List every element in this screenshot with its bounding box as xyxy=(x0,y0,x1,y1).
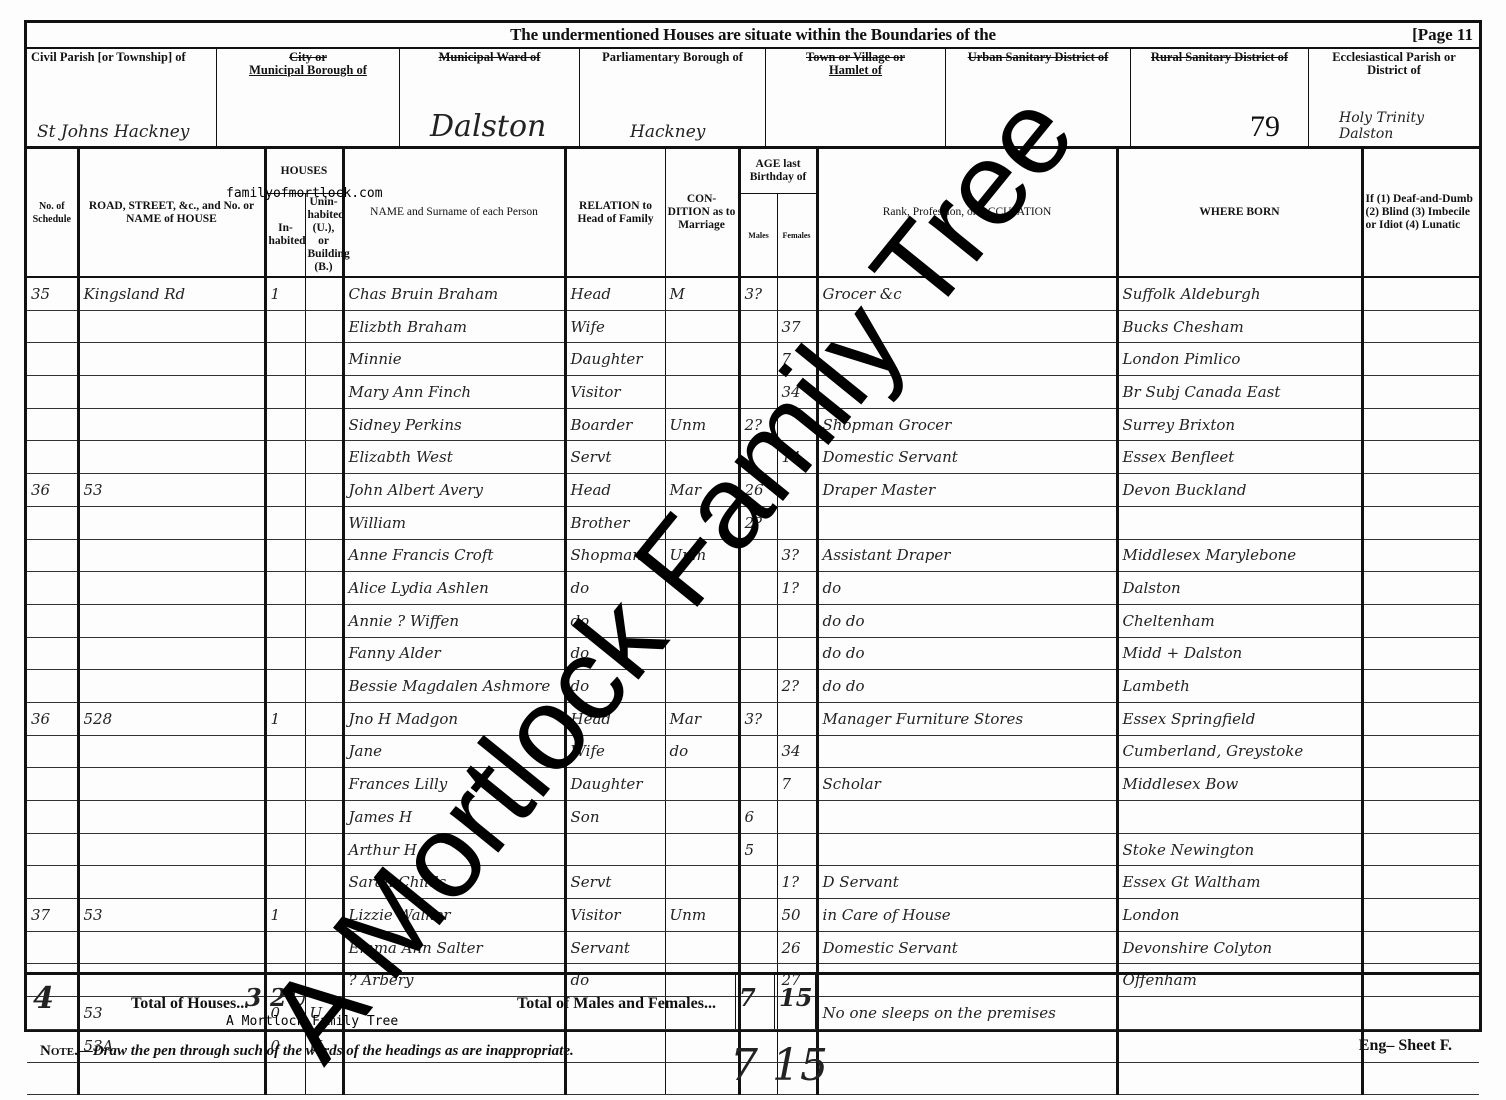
cell-name: Chas Bruin Braham xyxy=(343,277,565,310)
cell-uninhabited xyxy=(305,539,343,572)
cell-infirmity xyxy=(1362,277,1479,310)
boundary-label: Municipal Ward of xyxy=(404,51,575,64)
cell-name: John Albert Avery xyxy=(343,474,565,507)
cell-schedule: 35 xyxy=(27,277,78,310)
cell-female: 14 xyxy=(777,441,817,474)
boundary-label: Rural Sanitary District of xyxy=(1135,51,1304,64)
cell-occupation xyxy=(817,1062,1117,1095)
cell-male xyxy=(739,343,777,376)
table-row: Alice Lydia Ashlendo1?doDalston xyxy=(27,572,1479,605)
cell-uninhabited xyxy=(305,899,343,932)
boundary-rural-sanitary: Rural Sanitary District of 79 xyxy=(1131,48,1309,146)
cell-female xyxy=(777,702,817,735)
cell-infirmity xyxy=(1362,833,1479,866)
cell-condition: Mar xyxy=(665,474,739,507)
cell-uninhabited xyxy=(305,1062,343,1095)
cell-born: Midd + Dalston xyxy=(1117,637,1362,670)
col-relation: RELATION to Head of Family xyxy=(565,149,665,277)
cell-schedule xyxy=(27,735,78,768)
cell-born: Essex Benfleet xyxy=(1117,441,1362,474)
col-name: NAME and Surname of each Person xyxy=(343,149,565,277)
total-males: 7 xyxy=(739,983,756,1012)
cell-name: Minnie xyxy=(343,343,565,376)
cell-schedule: 37 xyxy=(27,899,78,932)
cell-occupation: do xyxy=(817,572,1117,605)
cell-infirmity xyxy=(1362,899,1479,932)
cell-condition: do xyxy=(665,735,739,768)
cell-uninhabited xyxy=(305,637,343,670)
cell-road xyxy=(78,670,265,703)
cell-infirmity xyxy=(1362,310,1479,343)
cell-condition xyxy=(665,866,739,899)
cell-occupation xyxy=(817,310,1117,343)
cell-road xyxy=(78,572,265,605)
cell-inhabited xyxy=(265,474,305,507)
cell-name: Lizzie Walker xyxy=(343,899,565,932)
cell-male: 26 xyxy=(739,474,777,507)
table-row: 37531Lizzie WalkerVisitorUnm50in Care of… xyxy=(27,899,1479,932)
divider xyxy=(774,975,775,1029)
boundary-label: Civil Parish [or Township] of xyxy=(31,51,212,64)
cell-condition: M xyxy=(665,277,739,310)
cell-male xyxy=(739,899,777,932)
boundary-municipal-ward: Municipal Ward of Dalston xyxy=(400,48,580,146)
cell-infirmity xyxy=(1362,441,1479,474)
cell-uninhabited xyxy=(305,572,343,605)
cell-infirmity xyxy=(1362,768,1479,801)
cell-uninhabited xyxy=(305,506,343,539)
cell-born xyxy=(1117,1029,1362,1062)
cell-road xyxy=(78,1062,265,1095)
cell-road xyxy=(78,866,265,899)
page-title: The undermentioned Houses are situate wi… xyxy=(27,25,1479,45)
table-row: Emma Ann SalterServant26Domestic Servant… xyxy=(27,931,1479,964)
cell-relation: Boarder xyxy=(565,408,665,441)
cell-born: Bucks Chesham xyxy=(1117,310,1362,343)
cell-condition xyxy=(665,931,739,964)
cell-female: 37 xyxy=(777,310,817,343)
cell-uninhabited xyxy=(305,768,343,801)
cell-infirmity xyxy=(1362,604,1479,637)
cell-relation: Son xyxy=(565,801,665,834)
table-row: 3653John Albert AveryHeadMar26Draper Mas… xyxy=(27,474,1479,507)
table-row: Anne Francis CroftShopmanUnm3?Assistant … xyxy=(27,539,1479,572)
cell-male: 5 xyxy=(739,833,777,866)
table-row: Elizbth BrahamWife37Bucks Chesham xyxy=(27,310,1479,343)
cell-relation: Brother xyxy=(565,506,665,539)
cell-uninhabited xyxy=(305,343,343,376)
cell-female: 3? xyxy=(777,539,817,572)
cell-condition xyxy=(665,343,739,376)
cell-uninhabited xyxy=(305,441,343,474)
cell-name: Anne Francis Croft xyxy=(343,539,565,572)
boundary-value: Hackney xyxy=(630,122,705,142)
cell-male: 6 xyxy=(739,801,777,834)
cell-road xyxy=(78,833,265,866)
cell-name: Sarah Childs xyxy=(343,866,565,899)
table-row: Arthur H5Stoke Newington xyxy=(27,833,1479,866)
col-road: ROAD, STREET, &c., and No. or NAME of HO… xyxy=(78,149,265,277)
cell-name: James H xyxy=(343,801,565,834)
table-row: Fanny Alderdodo doMidd + Dalston xyxy=(27,637,1479,670)
col-uninhabited: Unin-habited (U.), or Building (B.) xyxy=(305,194,343,278)
cell-infirmity xyxy=(1362,1062,1479,1095)
cell-schedule: 36 xyxy=(27,474,78,507)
cell-uninhabited xyxy=(305,408,343,441)
cell-born: Essex Gt Waltham xyxy=(1117,866,1362,899)
cell-condition xyxy=(665,376,739,409)
table-row: Mary Ann FinchVisitor34Br Subj Canada Ea… xyxy=(27,376,1479,409)
cell-female: 7 xyxy=(777,343,817,376)
cell-relation: Servt xyxy=(565,441,665,474)
cell-relation: do xyxy=(565,637,665,670)
cell-occupation xyxy=(817,735,1117,768)
boundary-value: Dalston xyxy=(430,109,546,144)
col-where-born: WHERE BORN xyxy=(1117,149,1362,277)
cell-condition: Unm xyxy=(665,539,739,572)
cell-occupation xyxy=(817,343,1117,376)
cell-female xyxy=(777,833,817,866)
cell-female: 50 xyxy=(777,899,817,932)
cell-condition xyxy=(665,833,739,866)
cell-inhabited xyxy=(265,310,305,343)
cell-uninhabited xyxy=(305,277,343,310)
cell-occupation xyxy=(817,506,1117,539)
census-form: The undermentioned Houses are situate wi… xyxy=(24,20,1482,1032)
cell-born: Devonshire Colyton xyxy=(1117,931,1362,964)
total-females: 15 xyxy=(779,983,812,1012)
cell-relation: Wife xyxy=(565,310,665,343)
cell-inhabited xyxy=(265,768,305,801)
cell-female xyxy=(777,408,817,441)
cell-inhabited xyxy=(265,408,305,441)
cell-name: Elizabth West xyxy=(343,441,565,474)
cell-name: William xyxy=(343,506,565,539)
cell-condition xyxy=(665,1062,739,1095)
cell-occupation: D Servant xyxy=(817,866,1117,899)
cell-relation: Head xyxy=(565,277,665,310)
cell-road: 53 xyxy=(78,899,265,932)
cell-inhabited: 1 xyxy=(265,899,305,932)
total-houses-label: Total of Houses... xyxy=(131,995,248,1013)
cell-born: London Pimlico xyxy=(1117,343,1362,376)
cell-condition: Unm xyxy=(665,899,739,932)
cell-male: 2? xyxy=(739,408,777,441)
cell-inhabited xyxy=(265,376,305,409)
cell-relation: Visitor xyxy=(565,899,665,932)
cell-occupation: do do xyxy=(817,670,1117,703)
cell-name: Bessie Magdalen Ashmore xyxy=(343,670,565,703)
cell-female xyxy=(777,474,817,507)
page-number: [Page 11 xyxy=(1412,25,1473,45)
cell-name: Jno H Madgon xyxy=(343,702,565,735)
cell-schedule xyxy=(27,376,78,409)
cell-relation: Servt xyxy=(565,866,665,899)
cell-born: Cheltenham xyxy=(1117,604,1362,637)
cell-inhabited xyxy=(265,866,305,899)
cell-schedule xyxy=(27,866,78,899)
cell-female: 2? xyxy=(777,670,817,703)
table-row: Sidney PerkinsBoarderUnm2?Shopman Grocer… xyxy=(27,408,1479,441)
cell-condition xyxy=(665,604,739,637)
cell-female xyxy=(777,277,817,310)
cell-male xyxy=(739,670,777,703)
sheet-label: Eng– Sheet F. xyxy=(1359,1037,1452,1055)
cell-inhabited xyxy=(265,1062,305,1095)
cell-born: Middlesex Bow xyxy=(1117,768,1362,801)
cell-road xyxy=(78,539,265,572)
cell-male xyxy=(739,310,777,343)
cell-condition xyxy=(665,310,739,343)
table-row: James HSon6 xyxy=(27,801,1479,834)
cell-uninhabited xyxy=(305,866,343,899)
cell-female: 26 xyxy=(777,931,817,964)
boundary-ecclesiastical-parish: Ecclesiastical Parish or District of Hol… xyxy=(1309,48,1479,146)
cell-infirmity xyxy=(1362,474,1479,507)
cell-female: 7 xyxy=(777,768,817,801)
cell-schedule xyxy=(27,539,78,572)
cell-relation: do xyxy=(565,604,665,637)
cell-occupation xyxy=(817,376,1117,409)
boundary-municipal-borough: City or Municipal Borough of xyxy=(217,48,400,146)
folio-number: 7 15 xyxy=(730,1040,828,1091)
cell-born: Lambeth xyxy=(1117,670,1362,703)
col-infirmity: If (1) Deaf-and-Dumb (2) Blind (3) Imbec… xyxy=(1362,149,1479,277)
cell-inhabited xyxy=(265,670,305,703)
cell-name xyxy=(343,1062,565,1095)
cell-male xyxy=(739,572,777,605)
col-inhabited: In-habited xyxy=(265,194,305,278)
cell-relation: Daughter xyxy=(565,768,665,801)
cell-inhabited xyxy=(265,343,305,376)
cell-schedule xyxy=(27,833,78,866)
cell-inhabited xyxy=(265,833,305,866)
cell-condition: Mar xyxy=(665,702,739,735)
cell-schedule xyxy=(27,343,78,376)
cell-male xyxy=(739,735,777,768)
cell-condition xyxy=(665,441,739,474)
table-row: WilliamBrother2? xyxy=(27,506,1479,539)
cell-relation: Wife xyxy=(565,735,665,768)
cell-road xyxy=(78,931,265,964)
cell-uninhabited xyxy=(305,310,343,343)
boundary-label: Urban Sanitary District of xyxy=(950,51,1126,64)
cell-male xyxy=(739,604,777,637)
boundary-hamlet: Town or Village or Hamlet of xyxy=(766,48,946,146)
table-row: 365281Jno H MadgonHeadMar3?Manager Furni… xyxy=(27,702,1479,735)
cell-schedule xyxy=(27,441,78,474)
cell-born: London xyxy=(1117,899,1362,932)
boundary-label: Parliamentary Borough of xyxy=(584,51,761,64)
cell-inhabited: 1 xyxy=(265,702,305,735)
boundary-civil-parish: Civil Parish [or Township] of St Johns H… xyxy=(27,48,217,146)
cell-name: Frances Lilly xyxy=(343,768,565,801)
cell-relation: Shopman xyxy=(565,539,665,572)
cell-condition xyxy=(665,1029,739,1062)
cell-uninhabited xyxy=(305,376,343,409)
cell-born: Surrey Brixton xyxy=(1117,408,1362,441)
cell-born xyxy=(1117,1062,1362,1095)
total-males-females-label: Total of Males and Females... xyxy=(517,995,716,1013)
cell-occupation: Scholar xyxy=(817,768,1117,801)
cell-relation: Daughter xyxy=(565,343,665,376)
table-row: MinnieDaughter7London Pimlico xyxy=(27,343,1479,376)
cell-infirmity xyxy=(1362,670,1479,703)
cell-road: 528 xyxy=(78,702,265,735)
table-row: JaneWifedo34Cumberland, Greystoke xyxy=(27,735,1479,768)
cell-born xyxy=(1117,801,1362,834)
cell-born: Br Subj Canada East xyxy=(1117,376,1362,409)
cell-relation: Head xyxy=(565,474,665,507)
cell-infirmity xyxy=(1362,343,1479,376)
cell-female: 1? xyxy=(777,572,817,605)
cell-relation xyxy=(565,1029,665,1062)
cell-male xyxy=(739,637,777,670)
cell-name: Arthur H xyxy=(343,833,565,866)
footnote: Note.—Draw the pen through such of the w… xyxy=(40,1043,574,1060)
footnote-label: Note. xyxy=(40,1043,78,1059)
cell-road xyxy=(78,408,265,441)
cell-inhabited xyxy=(265,506,305,539)
cell-male xyxy=(739,376,777,409)
cell-condition xyxy=(665,637,739,670)
cell-occupation: do do xyxy=(817,637,1117,670)
cell-infirmity xyxy=(1362,931,1479,964)
cell-occupation: Draper Master xyxy=(817,474,1117,507)
cell-male xyxy=(739,441,777,474)
cell-infirmity xyxy=(1362,506,1479,539)
col-occupation: Rank, Profession, or OCCUPATION xyxy=(817,149,1117,277)
col-age: AGE last Birthday of xyxy=(739,149,817,194)
cell-born: Stoke Newington xyxy=(1117,833,1362,866)
cell-infirmity xyxy=(1362,866,1479,899)
cell-male: 2? xyxy=(739,506,777,539)
cell-condition xyxy=(665,572,739,605)
col-schedule: No. of Schedule xyxy=(27,149,78,277)
cell-female xyxy=(777,604,817,637)
cell-relation xyxy=(565,1062,665,1095)
total-houses-value: 3 2U xyxy=(245,983,308,1012)
cell-occupation xyxy=(817,801,1117,834)
cell-infirmity xyxy=(1362,572,1479,605)
cell-uninhabited xyxy=(305,833,343,866)
cell-occupation: Domestic Servant xyxy=(817,931,1117,964)
cell-occupation: Domestic Servant xyxy=(817,441,1117,474)
table-row: Bessie Magdalen Ashmoredo2?do doLambeth xyxy=(27,670,1479,703)
cell-born: Suffolk Aldeburgh xyxy=(1117,277,1362,310)
cell-condition xyxy=(665,768,739,801)
table-row: Sarah ChildsServt1?D ServantEssex Gt Wal… xyxy=(27,866,1479,899)
cell-name: Mary Ann Finch xyxy=(343,376,565,409)
boundary-value: St Johns Hackney xyxy=(37,122,189,142)
cell-road xyxy=(78,801,265,834)
cell-inhabited xyxy=(265,637,305,670)
cell-inhabited xyxy=(265,539,305,572)
boundary-urban-sanitary: Urban Sanitary District of xyxy=(946,48,1131,146)
cell-infirmity xyxy=(1362,702,1479,735)
cell-infirmity xyxy=(1362,408,1479,441)
cell-inhabited: 1 xyxy=(265,277,305,310)
cell-name: Fanny Alder xyxy=(343,637,565,670)
cell-male xyxy=(739,931,777,964)
cell-uninhabited xyxy=(305,670,343,703)
census-table: No. of Schedule ROAD, STREET, &c., and N… xyxy=(27,149,1479,1095)
boundary-value: 79 xyxy=(1250,110,1280,144)
cell-uninhabited xyxy=(305,735,343,768)
cell-inhabited xyxy=(265,441,305,474)
cell-name: Elizbth Braham xyxy=(343,310,565,343)
cell-infirmity xyxy=(1362,376,1479,409)
cell-female xyxy=(777,506,817,539)
cell-relation: do xyxy=(565,572,665,605)
table-row: Elizabth WestServt14Domestic ServantEsse… xyxy=(27,441,1479,474)
cell-male xyxy=(739,539,777,572)
cell-road xyxy=(78,376,265,409)
cell-male: 3? xyxy=(739,702,777,735)
cell-schedule: 36 xyxy=(27,702,78,735)
cell-infirmity xyxy=(1362,539,1479,572)
census-page: The undermentioned Houses are situate wi… xyxy=(0,0,1506,1100)
cell-road xyxy=(78,310,265,343)
col-females: Females xyxy=(777,194,817,278)
cell-schedule xyxy=(27,931,78,964)
cell-schedule xyxy=(27,768,78,801)
cell-schedule xyxy=(27,310,78,343)
cell-road xyxy=(78,604,265,637)
cell-name: Alice Lydia Ashlen xyxy=(343,572,565,605)
cell-relation: Visitor xyxy=(565,376,665,409)
cell-infirmity xyxy=(1362,637,1479,670)
watermark-small: A Mortlock Family Tree xyxy=(226,1014,398,1029)
cell-uninhabited xyxy=(305,801,343,834)
cell-schedule xyxy=(27,637,78,670)
cell-road: 53 xyxy=(78,474,265,507)
cell-relation: do xyxy=(565,670,665,703)
cell-road xyxy=(78,768,265,801)
cell-born: Devon Buckland xyxy=(1117,474,1362,507)
cell-female: 34 xyxy=(777,735,817,768)
boundaries-row: Civil Parish [or Township] of St Johns H… xyxy=(27,48,1479,149)
cell-uninhabited xyxy=(305,474,343,507)
cell-condition: Unm xyxy=(665,408,739,441)
watermark-site: familyofmortlock.com xyxy=(226,186,383,201)
cell-relation xyxy=(565,833,665,866)
cell-uninhabited xyxy=(305,931,343,964)
cell-male: 3? xyxy=(739,277,777,310)
cell-born: Dalston xyxy=(1117,572,1362,605)
cell-inhabited xyxy=(265,604,305,637)
cell-infirmity xyxy=(1362,735,1479,768)
cell-road xyxy=(78,637,265,670)
cell-name: Emma Ann Salter xyxy=(343,931,565,964)
cell-inhabited xyxy=(265,735,305,768)
cell-born xyxy=(1117,506,1362,539)
cell-road xyxy=(78,343,265,376)
cell-occupation: in Care of House xyxy=(817,899,1117,932)
cell-infirmity xyxy=(1362,801,1479,834)
cell-schedule xyxy=(27,670,78,703)
cell-occupation xyxy=(817,833,1117,866)
cell-female: 34 xyxy=(777,376,817,409)
cell-occupation: do do xyxy=(817,604,1117,637)
cell-uninhabited xyxy=(305,604,343,637)
table-row: Annie ? Wiffendodo doCheltenham xyxy=(27,604,1479,637)
boundary-label: Ecclesiastical Parish or District of xyxy=(1313,51,1475,77)
cell-inhabited xyxy=(265,572,305,605)
cell-occupation: Grocer &c xyxy=(817,277,1117,310)
total-schedules: 4 xyxy=(33,981,54,1016)
cell-born: Essex Springfield xyxy=(1117,702,1362,735)
